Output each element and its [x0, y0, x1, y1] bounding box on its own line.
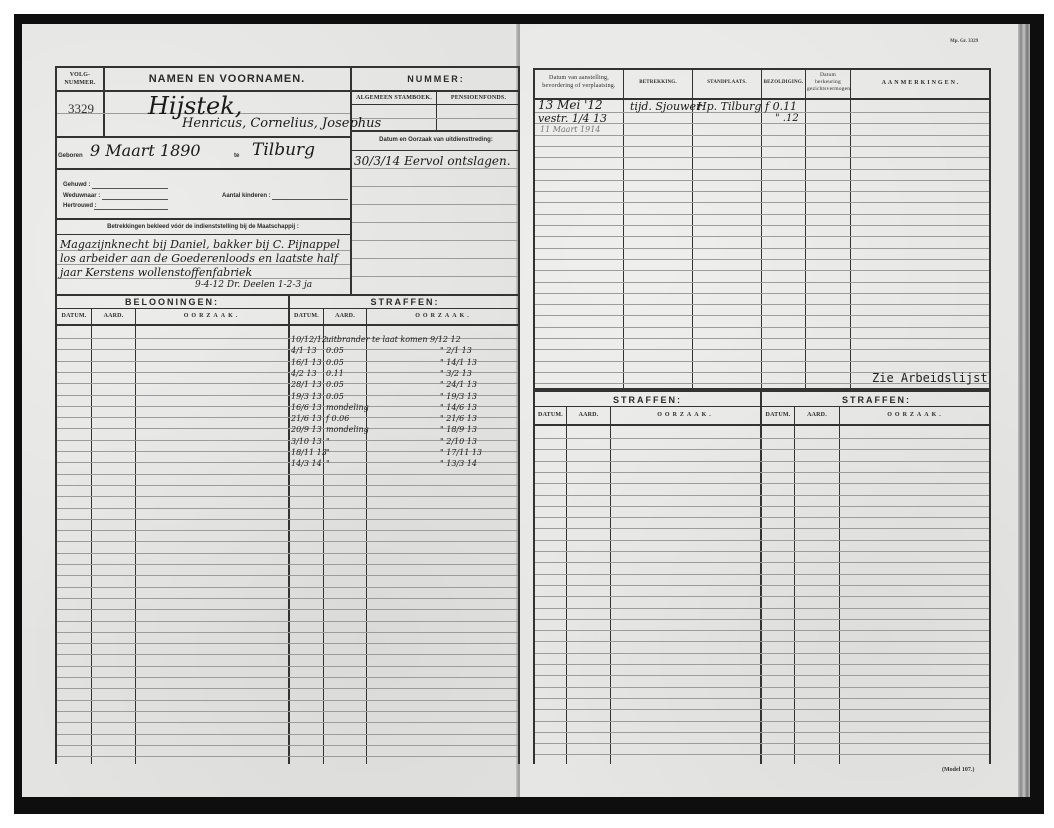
- ruled-line: [535, 327, 989, 328]
- divider: [55, 308, 520, 309]
- straffen-row-oorzaak: " 17/11 13: [440, 448, 482, 457]
- straffen-col-datum: DATUM.: [290, 313, 323, 319]
- straffen-row-aard: uitbrander: [326, 335, 369, 344]
- straffen-row-datum: 28/1 13: [291, 380, 322, 389]
- volgnummer-value: 3329: [68, 101, 94, 117]
- ruled-line: [535, 653, 989, 654]
- ruled-line: [535, 225, 989, 226]
- algemeen-stamboek-header: ALGEMEEN STAMBOEK.: [352, 95, 436, 101]
- betrekkingen-line-2: los arbeider aan de Goederenloods en laa…: [60, 252, 338, 265]
- ruled-line: [57, 485, 518, 486]
- straffen-row-oorzaak: te laat komen 9/12 12: [372, 335, 461, 344]
- nummer-header: NUMMER:: [352, 74, 520, 84]
- straffen-row-oorzaak: " 13/3 14: [440, 459, 477, 468]
- rs-right-col-datum: DATUM.: [762, 412, 794, 418]
- divider: [350, 150, 520, 151]
- ruled-line: [535, 214, 989, 215]
- straffen-title: STRAFFEN:: [290, 297, 520, 307]
- ruled-line: [535, 236, 989, 237]
- divider: [55, 234, 352, 235]
- straffen-col-aard: AARD.: [324, 313, 366, 319]
- straffen-row-datum: 10/12/12: [291, 335, 327, 344]
- ruled-line: [535, 438, 989, 439]
- ruled-line: [57, 745, 518, 746]
- divider: [288, 294, 290, 764]
- betrekkingen-line-1: Magazijnknecht bij Daniel, bakker bij C.…: [60, 238, 340, 251]
- divider: [760, 390, 762, 764]
- ruled-line: [57, 541, 518, 542]
- ruled-line: [535, 270, 989, 271]
- betrekkingen-line-4: 9-4-12 Dr. Deelen 1-2-3 ja: [195, 280, 312, 290]
- col-aanmerkingen: AANMERKINGEN.: [851, 80, 991, 86]
- gehuwd-label: Gehuwd :: [63, 182, 90, 188]
- ruled-line: [535, 338, 989, 339]
- divider: [366, 308, 367, 764]
- ruled-line: [57, 666, 518, 667]
- col-bezoldiging: BEZOLDIGING.: [762, 80, 805, 85]
- rs-right-col-oorzaak: OORZAAK.: [840, 412, 991, 418]
- te-label: te: [234, 153, 239, 159]
- divider: [350, 104, 520, 105]
- entry-bezoldiging: f 0.11: [765, 100, 797, 113]
- model-label: (Model 107.): [942, 767, 974, 773]
- volgnummer-header-line1: VOLG-: [58, 71, 102, 79]
- straffen-row-aard: mondeling: [326, 425, 369, 434]
- ruled-line: [535, 472, 989, 473]
- ruled-line: [535, 562, 989, 563]
- ruled-line: [57, 688, 518, 689]
- ruled-line: [535, 698, 989, 699]
- ruled-line: [535, 304, 989, 305]
- given-names: Henricus, Cornelius, Josephus: [182, 116, 381, 131]
- straffen-col-oorzaak: OORZAAK.: [367, 313, 520, 319]
- ruled-line: [57, 756, 518, 757]
- ruled-line: [535, 608, 989, 609]
- col-betrekking: BETREKKING.: [624, 80, 692, 85]
- ruled-line: [57, 654, 518, 655]
- ruled-line: [535, 135, 989, 136]
- straffen-row-oorzaak: " 18/9 13: [440, 425, 477, 434]
- ruled-line: [535, 449, 989, 450]
- ruled-line: [535, 169, 989, 170]
- straffen-row-oorzaak: " 21/6 13: [440, 414, 477, 423]
- ruled-line: [535, 732, 989, 733]
- straffen-row-datum: 21/6 13: [291, 414, 322, 423]
- rs-left-col-aard: AARD.: [567, 412, 610, 418]
- ruled-line: [535, 202, 989, 203]
- ruled-line: [535, 506, 989, 507]
- straffen-row-aard: 0.11: [326, 369, 344, 378]
- ruled-line: [535, 315, 989, 316]
- ruled-line: [535, 146, 989, 147]
- betrekkingen-header: Betrekkingen bekleed vóór de indienstste…: [56, 224, 350, 230]
- divider: [761, 68, 762, 390]
- uitdiensttreding-header: Datum en Oorzaak van uitdiensttreding:: [352, 137, 520, 143]
- straffen-row-oorzaak: " 14/6 13: [440, 403, 477, 412]
- ruled-line: [57, 734, 518, 735]
- ruled-line: [535, 551, 989, 552]
- entry-datum-line2: vestr. 1/4 13: [538, 112, 607, 125]
- col-standplaats: STANDPLAATS.: [693, 80, 761, 85]
- divider: [533, 406, 991, 407]
- divider: [91, 308, 92, 764]
- ruled-line: [535, 687, 989, 688]
- straffen-row-aard: ": [326, 459, 330, 468]
- belooningen-col-oorzaak: OORZAAK.: [136, 313, 288, 319]
- straffen-row-datum: 20/9 13: [291, 425, 322, 434]
- ruled-line: [57, 564, 518, 565]
- volgnummer-header-line2: NUMMER.: [58, 79, 102, 87]
- ruled-line: [57, 587, 518, 588]
- divider: [55, 90, 520, 92]
- right-straffen-title-left: STRAFFEN:: [535, 395, 760, 405]
- ruled-line: [57, 508, 518, 509]
- entry-bezoldiging-line2: " .12: [775, 113, 799, 124]
- ruled-line: [57, 632, 518, 633]
- straffen-row-oorzaak: " 2/1 13: [440, 346, 472, 355]
- straffen-row-aard: ": [326, 448, 330, 457]
- straffen-row-datum: 4/2 13: [291, 369, 317, 378]
- aantal-kinderen-label: Aantal kinderen :: [222, 193, 271, 199]
- divider: [135, 308, 136, 764]
- col-herkeuring: Datum herkeuring gezichtsvermogen.: [807, 72, 849, 93]
- divider: [692, 68, 693, 390]
- straffen-row-aard: 0.05: [326, 380, 344, 389]
- ruled-line: [535, 585, 989, 586]
- right-straffen-table: [533, 390, 991, 764]
- ruled-line: [535, 361, 989, 362]
- divider: [623, 68, 624, 390]
- ruled-line: [57, 722, 518, 723]
- weduwnaar-label: Weduwnaar :: [63, 193, 100, 199]
- ruled-line: [535, 619, 989, 620]
- ruled-line: [535, 180, 989, 181]
- aanmerking-typed: Zie Arbeidslijst: [872, 371, 988, 385]
- entry-standplaats: Hp. Tilburg: [697, 100, 761, 113]
- ruled-line: [57, 553, 518, 554]
- ruled-line: [57, 677, 518, 678]
- straffen-row-oorzaak: " 24/1 13: [440, 380, 477, 389]
- belooningen-title: BELOONINGEN:: [57, 297, 287, 307]
- hertrouwd-label: Hertrouwd :: [63, 203, 97, 209]
- ruled-line: [57, 474, 518, 475]
- divider: [55, 168, 352, 170]
- uitdiensttreding-value: 30/3/14 Eervol ontslagen.: [354, 154, 511, 168]
- divider: [850, 68, 851, 390]
- ruled-line: [535, 675, 989, 676]
- birth-place: Tilburg: [252, 140, 315, 160]
- straffen-row-aard: ": [326, 437, 330, 446]
- divider: [533, 424, 991, 426]
- ruled-line: [57, 711, 518, 712]
- ruled-line: [535, 754, 989, 755]
- ruled-line: [57, 598, 518, 599]
- straffen-row-oorzaak: " 19/3 13: [440, 392, 477, 401]
- ruled-line: [57, 700, 518, 701]
- ruled-line: [535, 540, 989, 541]
- straffen-row-aard: f 0.06: [326, 414, 349, 423]
- divider: [55, 136, 352, 138]
- divider: [805, 68, 806, 390]
- volgnummer-header: VOLG- NUMMER.: [58, 71, 102, 87]
- ruled-line: [535, 721, 989, 722]
- ruled-line: [535, 157, 989, 158]
- ruled-line: [535, 293, 989, 294]
- entry-betrekking: tijd. Sjouwer: [630, 100, 701, 113]
- rs-left-col-oorzaak: OORZAAK.: [611, 412, 760, 418]
- rs-left-col-datum: DATUM.: [535, 412, 566, 418]
- ruled-line: [57, 621, 518, 622]
- ruled-line: [535, 483, 989, 484]
- straffen-row-datum: 14/3 14: [291, 459, 322, 468]
- ruled-line: [535, 191, 989, 192]
- straffen-row-datum: 19/3 13: [291, 392, 322, 401]
- entry-datum: 13 Mei '12: [538, 98, 603, 112]
- divider: [55, 218, 352, 220]
- namen-header: NAMEN EN VOORNAMEN.: [104, 73, 350, 85]
- corner-stamp: Mp. Gr. 3329: [950, 39, 978, 44]
- ruled-line: [535, 349, 989, 350]
- straffen-row-datum: 3/10 13: [291, 437, 322, 446]
- ruled-line: [57, 643, 518, 644]
- ruled-line: [57, 575, 518, 576]
- ruled-line: [535, 248, 989, 249]
- rs-right-col-aard: AARD.: [795, 412, 839, 418]
- geboren-label: Geboren: [58, 153, 83, 159]
- ruled-line: [57, 519, 518, 520]
- ruled-line: [535, 596, 989, 597]
- page-edges: [1018, 24, 1030, 797]
- ruled-line: [535, 461, 989, 462]
- straffen-row-aard: mondeling: [326, 403, 369, 412]
- ruled-line: [535, 641, 989, 642]
- straffen-row-aard: 0.05: [326, 392, 344, 401]
- entry-datum-line3: 11 Maart 1914: [540, 125, 600, 134]
- ruled-line: [535, 282, 989, 283]
- ruled-line: [535, 259, 989, 260]
- belooningen-col-aard: AARD.: [92, 313, 135, 319]
- ruled-line: [57, 609, 518, 610]
- betrekkingen-line-3: jaar Kerstens wollenstoffenfabriek: [60, 266, 252, 279]
- col-datum-aanstelling: Datum van aanstelling, bevordering of ve…: [535, 74, 623, 90]
- straffen-row-datum: 4/1 13: [291, 346, 317, 355]
- straffen-row-aard: 0.05: [326, 346, 344, 355]
- straffen-row-datum: 16/6 13: [291, 403, 322, 412]
- straffen-row-oorzaak: " 14/1 13: [440, 358, 477, 367]
- divider: [323, 308, 324, 764]
- straffen-row-datum: 18/11 13: [291, 448, 327, 457]
- ruled-line: [535, 495, 989, 496]
- pensioenfonds-header: PENSIOENFONDS.: [437, 95, 520, 101]
- belooningen-col-datum: DATUM.: [57, 313, 91, 319]
- straffen-row-oorzaak: " 3/2 13: [440, 369, 472, 378]
- ruled-line: [535, 664, 989, 665]
- ruled-line: [57, 496, 518, 497]
- ruled-line: [57, 530, 518, 531]
- birth-date: 9 Maart 1890: [90, 141, 201, 160]
- straffen-row-aard: 0.05: [326, 358, 344, 367]
- straffen-row-oorzaak: " 2/10 13: [440, 437, 477, 446]
- ruled-line: [535, 743, 989, 744]
- divider: [55, 324, 520, 326]
- ruled-line: [535, 574, 989, 575]
- ruled-line: [535, 630, 989, 631]
- ruled-line: [535, 709, 989, 710]
- ruled-line: [535, 528, 989, 529]
- straffen-row-datum: 16/1 13: [291, 358, 322, 367]
- ruled-line: [535, 517, 989, 518]
- right-straffen-title-right: STRAFFEN:: [762, 395, 991, 405]
